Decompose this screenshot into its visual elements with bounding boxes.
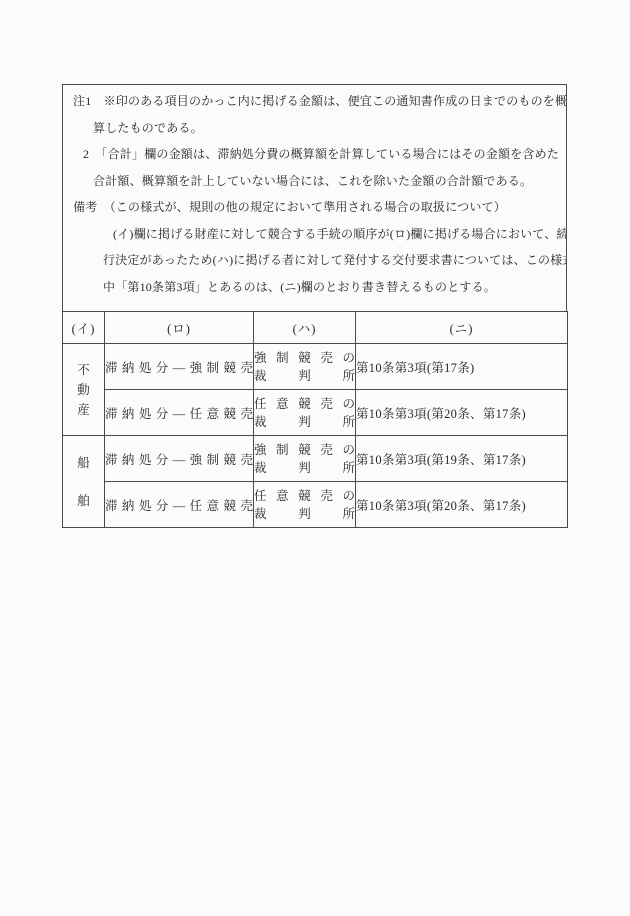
procedure-cell: 滞納処分―任意競売 xyxy=(105,390,254,436)
header-cell-ro: (ロ) xyxy=(105,312,254,344)
court-line-1: 任意競売の xyxy=(254,487,355,505)
document-page: 注1 ※印のある項目のかっこ内に掲げる金額は、便宜この通知書作成の日までのものを… xyxy=(0,0,630,916)
procedure-cell: 滞納処分―強制競売 xyxy=(105,344,254,390)
court-line-2: 裁判所 xyxy=(254,505,355,523)
asset-label-fudousan: 不 動 産 xyxy=(77,360,90,420)
table-row-senpaku-nini: 滞納処分―任意競売 任意競売の 裁判所 第10条第3項(第20条、第17条) xyxy=(63,482,568,528)
note-line-8: 中「第10条第3項」とあるのは、(ニ)欄のとおり書き替えるものとする。 xyxy=(63,274,566,301)
note-line-2: 算したものである。 xyxy=(63,115,566,142)
header-cell-i: (イ) xyxy=(63,312,105,344)
court-cell: 任意競売の 裁判所 xyxy=(254,390,356,436)
procedure-cell: 滞納処分―強制競売 xyxy=(105,436,254,482)
court-line-2: 裁判所 xyxy=(254,459,355,477)
article-cell: 第10条第3項(第20条、第17条) xyxy=(356,482,568,528)
court-cell: 任意競売の 裁判所 xyxy=(254,482,356,528)
procedure-cell: 滞納処分―任意競売 xyxy=(105,482,254,528)
table-row-fudousan-nini: 滞納処分―任意競売 任意競売の 裁判所 第10条第3項(第20条、第17条) xyxy=(63,390,568,436)
header-cell-ni: (ニ) xyxy=(356,312,568,344)
reference-table: (イ) (ロ) (ハ) (ニ) 不 動 産 滞納処分―強制競売 強制競売の 裁判… xyxy=(62,311,568,528)
asset-label-senpaku: 船 舶 xyxy=(77,444,90,520)
article-cell: 第10条第3項(第17条) xyxy=(356,344,568,390)
court-line-1: 強制競売の xyxy=(254,349,355,367)
notes-section: 注1 ※印のある項目のかっこ内に掲げる金額は、便宜この通知書作成の日までのものを… xyxy=(62,84,567,312)
note-line-7: 行決定があったため(ハ)に掲げる者に対して発付する交付要求書については、この様式 xyxy=(63,247,566,274)
note-line-1: 注1 ※印のある項目のかっこ内に掲げる金額は、便宜この通知書作成の日までのものを… xyxy=(63,88,566,115)
note-line-6: (イ)欄に掲げる財産に対して競合する手続の順序が(ロ)欄に掲げる場合において、続 xyxy=(63,221,566,248)
table-row-fudousan-kyosei: 不 動 産 滞納処分―強制競売 強制競売の 裁判所 第10条第3項(第17条) xyxy=(63,344,568,390)
note-line-3: 2 「合計」欄の金額は、滞納処分費の概算額を計算している場合にはその金額を含めた xyxy=(63,141,566,168)
court-line-2: 裁判所 xyxy=(254,413,355,431)
article-cell: 第10条第3項(第20条、第17条) xyxy=(356,390,568,436)
court-line-1: 強制競売の xyxy=(254,441,355,459)
court-cell: 強制競売の 裁判所 xyxy=(254,436,356,482)
court-line-2: 裁判所 xyxy=(254,367,355,385)
court-cell: 強制競売の 裁判所 xyxy=(254,344,356,390)
note-line-4: 合計額、概算額を計上していない場合には、これを除いた金額の合計額である。 xyxy=(63,168,566,195)
article-cell: 第10条第3項(第19条、第17条) xyxy=(356,436,568,482)
table-row-senpaku-kyosei: 船 舶 滞納処分―強制競売 強制競売の 裁判所 第10条第3項(第19条、第17… xyxy=(63,436,568,482)
table-header-row: (イ) (ロ) (ハ) (ニ) xyxy=(63,312,568,344)
asset-cell-fudousan: 不 動 産 xyxy=(63,344,105,436)
note-line-5: 備考 （この様式が、規則の他の規定において準用される場合の取扱について） xyxy=(63,194,566,221)
header-cell-ha: (ハ) xyxy=(254,312,356,344)
asset-cell-senpaku: 船 舶 xyxy=(63,436,105,528)
court-line-1: 任意競売の xyxy=(254,395,355,413)
